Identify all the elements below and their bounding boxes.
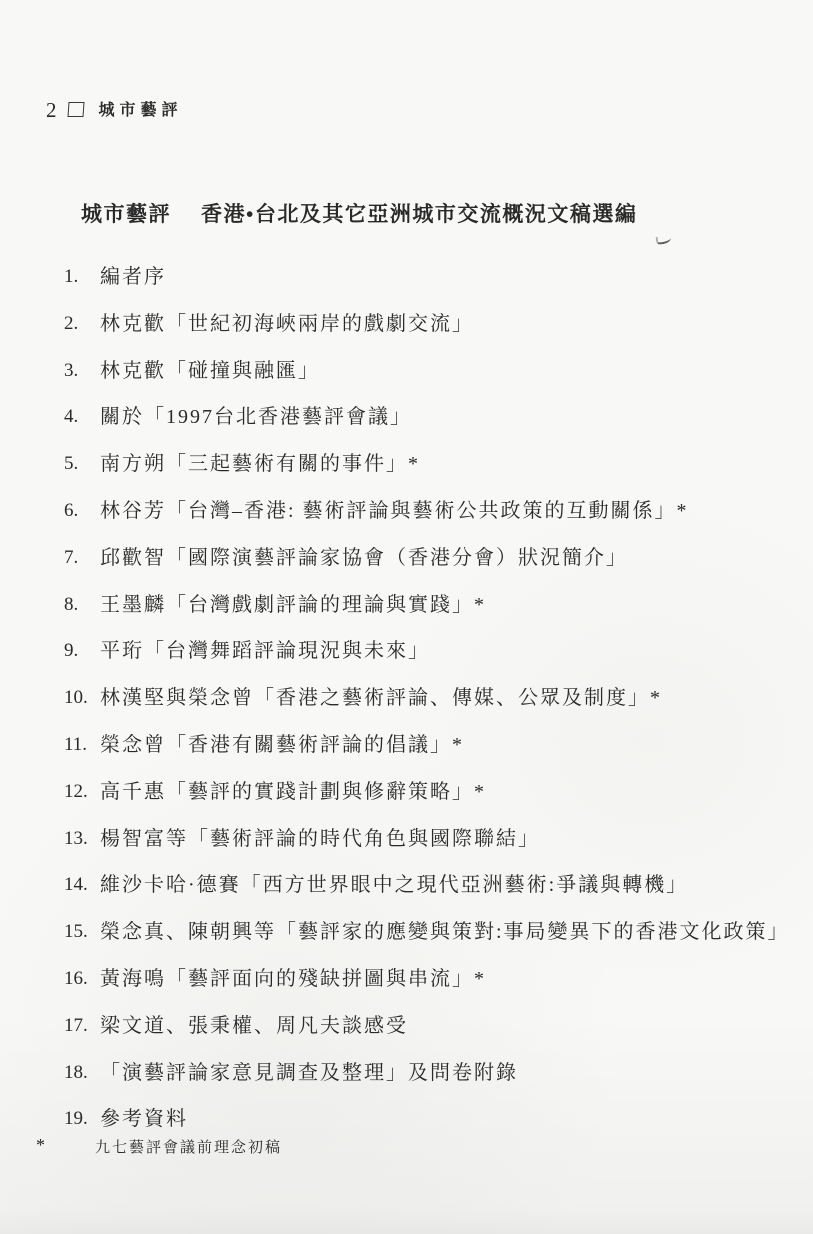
toc-item-text: 林克歡「世紀初海峽兩岸的戲劇交流」 bbox=[100, 313, 474, 337]
toc-item-text: 林谷芳「台灣–香港: 藝術評論與藝術公共政策的互動關係」* bbox=[100, 500, 689, 524]
toc-item: 15. 榮念真、陳朝興等「藝評家的應變與策對:事局變異下的香港文化政策」 bbox=[0, 921, 813, 968]
toc-item-text: 林克歡「碰撞與融匯」 bbox=[100, 360, 320, 384]
toc-item: 12. 高千惠「藝評的實踐計劃與修辭策略」* bbox=[0, 781, 813, 828]
toc-item-number: 2. bbox=[64, 313, 99, 335]
toc-item-number: 3. bbox=[64, 360, 99, 382]
running-header: 2 城市藝評 bbox=[46, 100, 183, 121]
page-number: 2 bbox=[46, 100, 57, 121]
square-box-icon bbox=[67, 102, 84, 117]
title-subtitle: 香港•台北及其它亞洲城市交流概況文稿選編 bbox=[201, 202, 637, 226]
toc-item-number: 12. bbox=[64, 781, 99, 803]
toc-item-number: 8. bbox=[64, 594, 99, 616]
toc-item-number: 19. bbox=[64, 1108, 99, 1130]
toc-item: 11. 榮念曾「香港有關藝術評論的倡議」* bbox=[0, 734, 813, 781]
toc-item-number: 1. bbox=[64, 266, 99, 288]
toc-item-text: 楊智富等「藝術評論的時代角色與國際聯結」 bbox=[100, 828, 540, 852]
toc-item-number: 4. bbox=[64, 406, 99, 428]
toc-item-number: 13. bbox=[64, 828, 99, 850]
toc-item: 10. 林漢堅與榮念曾「香港之藝術評論、傳媒、公眾及制度」* bbox=[0, 687, 813, 734]
toc-item-number: 5. bbox=[64, 453, 99, 475]
toc-item: 13. 楊智富等「藝術評論的時代角色與國際聯結」 bbox=[0, 828, 813, 875]
toc-item-text: 黃海鳴「藝評面向的殘缺拼圖與串流」* bbox=[100, 968, 486, 992]
toc-item: 17. 梁文道、張秉權、周凡夫談感受 bbox=[0, 1015, 813, 1062]
document-title: 城市藝評香港•台北及其它亞洲城市交流概況文稿選編 bbox=[81, 201, 637, 228]
running-book-title: 城市藝評 bbox=[99, 103, 183, 119]
toc-item-number: 14. bbox=[64, 874, 99, 896]
toc-item-text: 平珩「台灣舞蹈評論現況與未來」 bbox=[100, 640, 430, 664]
toc-item-number: 17. bbox=[64, 1015, 99, 1037]
toc-item-text: 參考資料 bbox=[100, 1108, 188, 1132]
toc-item-number: 16. bbox=[64, 968, 99, 990]
toc-item-number: 6. bbox=[64, 500, 99, 522]
toc-item: 16. 黃海鳴「藝評面向的殘缺拼圖與串流」* bbox=[0, 968, 813, 1015]
toc-item: 2. 林克歡「世紀初海峽兩岸的戲劇交流」 bbox=[0, 313, 813, 360]
footnote: * 九七藝評會議前理念初稿 bbox=[36, 1136, 282, 1156]
toc-item-number: 18. bbox=[64, 1062, 99, 1084]
toc-item-text: 梁文道、張秉權、周凡夫談感受 bbox=[100, 1015, 408, 1039]
scanned-page: 2 城市藝評 城市藝評香港•台北及其它亞洲城市交流概況文稿選編 1. 編者序 2… bbox=[0, 0, 813, 1234]
title-series: 城市藝評 bbox=[81, 202, 171, 226]
footnote-marker: * bbox=[36, 1136, 95, 1154]
toc-list: 1. 編者序 2. 林克歡「世紀初海峽兩岸的戲劇交流」 3. 林克歡「碰撞與融匯… bbox=[0, 266, 813, 1155]
stray-ink-mark bbox=[656, 235, 672, 245]
toc-item: 4. 關於「1997台北香港藝評會議」 bbox=[0, 406, 813, 453]
toc-item: 7. 邱歡智「國際演藝評論家協會（香港分會）狀況簡介」 bbox=[0, 547, 813, 594]
toc-item-text: 榮念真、陳朝興等「藝評家的應變與策對:事局變異下的香港文化政策」 bbox=[100, 921, 790, 945]
toc-item-text: 榮念曾「香港有關藝術評論的倡議」* bbox=[100, 734, 464, 758]
toc-item: 5. 南方朔「三起藝術有關的事件」* bbox=[0, 453, 813, 500]
toc-item-number: 10. bbox=[64, 687, 99, 709]
toc-item-text: 關於「1997台北香港藝評會議」 bbox=[100, 406, 412, 430]
toc-item-text: 王墨麟「台灣戲劇評論的理論與實踐」* bbox=[100, 594, 486, 618]
toc-item-text: 林漢堅與榮念曾「香港之藝術評論、傳媒、公眾及制度」* bbox=[100, 687, 662, 711]
toc-item-text: 邱歡智「國際演藝評論家協會（香港分會）狀況簡介」 bbox=[100, 547, 628, 571]
toc-item: 6. 林谷芳「台灣–香港: 藝術評論與藝術公共政策的互動關係」* bbox=[0, 500, 813, 547]
toc-item-number: 11. bbox=[64, 734, 99, 756]
toc-item: 14. 維沙卡哈·德賽「西方世界眼中之現代亞洲藝術:爭議與轉機」 bbox=[0, 874, 813, 921]
toc-item: 1. 編者序 bbox=[0, 266, 813, 313]
toc-item: 18. 「演藝評論家意見調查及整理」及問卷附錄 bbox=[0, 1062, 813, 1109]
toc-item-text: 高千惠「藝評的實踐計劃與修辭策略」* bbox=[100, 781, 486, 805]
toc-item-text: 維沙卡哈·德賽「西方世界眼中之現代亞洲藝術:爭議與轉機」 bbox=[100, 874, 688, 898]
toc-item: 8. 王墨麟「台灣戲劇評論的理論與實踐」* bbox=[0, 594, 813, 641]
toc-item-text: 編者序 bbox=[100, 266, 166, 290]
footnote-text: 九七藝評會議前理念初稿 bbox=[95, 1141, 282, 1156]
toc-item-text: 南方朔「三起藝術有關的事件」* bbox=[100, 453, 420, 477]
toc-item-number: 15. bbox=[64, 921, 99, 943]
toc-item-number: 7. bbox=[64, 547, 99, 569]
toc-item-text: 「演藝評論家意見調查及整理」及問卷附錄 bbox=[100, 1062, 518, 1086]
toc-item: 9. 平珩「台灣舞蹈評論現況與未來」 bbox=[0, 640, 813, 687]
toc-item: 3. 林克歡「碰撞與融匯」 bbox=[0, 360, 813, 407]
toc-item-number: 9. bbox=[64, 640, 99, 662]
